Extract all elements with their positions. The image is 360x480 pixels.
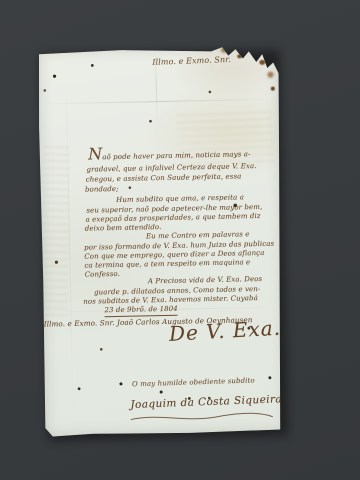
letter-humility-line: O may humilde obediente subdito bbox=[132, 376, 255, 389]
letter-valediction: De V. Exa. bbox=[169, 324, 281, 339]
document-paper: Illmo. e Exmo. Snr. Naõ pode haver para … bbox=[37, 45, 287, 438]
letter-line: bondade; bbox=[85, 185, 119, 195]
ink-specks bbox=[37, 50, 39, 52]
signature-flourish bbox=[127, 409, 277, 426]
burn-spot bbox=[259, 60, 265, 65]
ink-bleedthrough bbox=[42, 144, 70, 316]
letter-date-line: 23 de 9brõ. de 1804 bbox=[104, 305, 178, 318]
signature: Joaquim da Costa Siqueira bbox=[130, 395, 282, 410]
burn-spot bbox=[271, 87, 275, 91]
letter-line: Confesso. bbox=[85, 270, 120, 280]
burn-spot bbox=[267, 72, 273, 78]
letter-honorific-top: Illmo. e Exmo. Snr. bbox=[152, 55, 231, 67]
letter-line: chegou, e assista Con Saude perfeita, es… bbox=[86, 172, 242, 184]
photo-background: Illmo. e Exmo. Snr. Naõ pode haver para … bbox=[0, 0, 360, 480]
